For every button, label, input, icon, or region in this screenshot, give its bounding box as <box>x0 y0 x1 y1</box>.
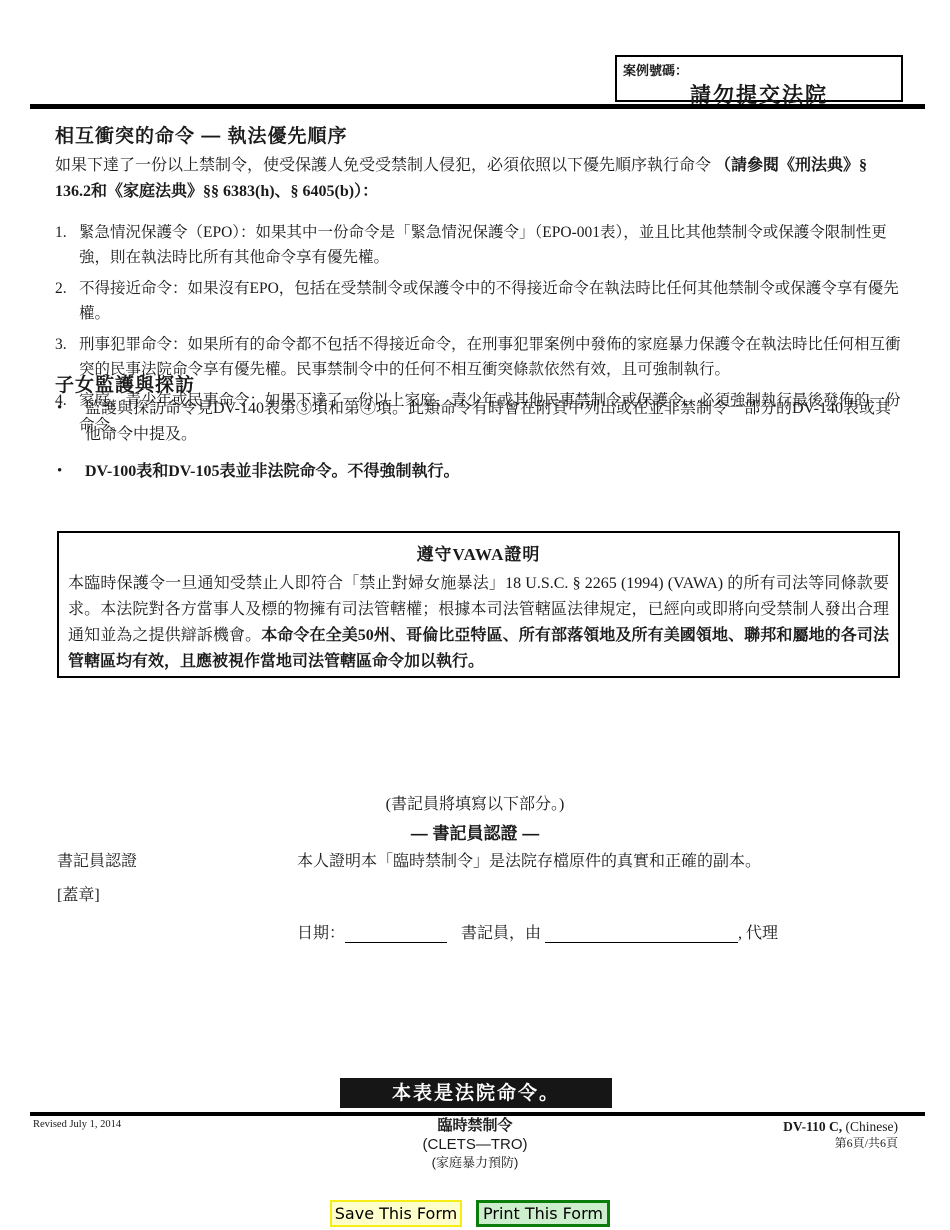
list-item-text: 不得接近命令：如果沒有EPO，包括在受禁制令或保護令中的不得接近命令在執法時比任… <box>79 280 899 322</box>
list-item-number: 3. <box>55 332 67 357</box>
form-number: DV-110 C, <box>783 1119 842 1134</box>
custody-bullet-list: • 監護與探訪命令見DV-140表第③項和第④項。此類命令有時會在附頁中列出或在… <box>55 396 905 496</box>
bullet-text: 監護與探訪命令見DV-140表第③項和第④項。此類命令有時會在附頁中列出或在並非… <box>85 400 891 443</box>
list-item-text: 緊急情況保護令（EPO）：如果其中一份命令是「緊急情況保護令」（EPO-001表… <box>79 224 887 266</box>
footer-form-id-block: DV-110 C, (Chinese) 第6頁/共6頁 <box>783 1118 898 1151</box>
deputy-name-blank-field[interactable] <box>545 927 738 943</box>
form-language: (Chinese) <box>842 1119 898 1134</box>
clerk-date-line: 日期：書記員，由, 代理 <box>297 920 778 943</box>
date-label: 日期： <box>297 925 345 942</box>
bullet-marker: • <box>57 458 62 484</box>
form-number-line: DV-110 C, (Chinese) <box>783 1118 898 1135</box>
court-order-banner: 本表是法院命令。 <box>340 1078 612 1108</box>
bullet-marker: • <box>57 395 62 421</box>
date-blank-field[interactable] <box>345 927 447 943</box>
page-indicator: 第6頁/共6頁 <box>783 1135 898 1151</box>
case-number-box[interactable]: 案例號碼： 請勿提交法院 <box>615 55 903 102</box>
print-form-button[interactable]: Print This Form <box>476 1200 610 1227</box>
deputy-label: , 代理 <box>738 925 778 942</box>
vawa-box-title: 遵守VAWA證明 <box>59 540 898 565</box>
clerk-by-label: 書記員，由 <box>461 925 541 942</box>
list-item-number: 1. <box>55 220 67 245</box>
bullet-item: • 監護與探訪命令見DV-140表第③項和第④項。此類命令有時會在附頁中列出或在… <box>55 396 905 448</box>
list-item-number: 2. <box>55 276 67 301</box>
conflicting-orders-intro: 如果下達了一份以上禁制令，使受保護人免受受禁制人侵犯，必須依照以下優先順序執行命… <box>55 153 905 205</box>
clerk-certification-title: — 書記員認證 — <box>0 819 950 844</box>
intro-normal-text: 如果下達了一份以上禁制令，使受保護人免受受禁制人侵犯，必須依照以下優先順序執行命… <box>55 157 715 174</box>
top-divider-rule <box>30 104 925 109</box>
seal-placeholder: [蓋章] <box>57 882 100 905</box>
footer-form-note: (家庭暴力預防) <box>0 1154 950 1171</box>
clerk-fill-note: (書記員將填寫以下部分。) <box>0 791 950 814</box>
section-heading-conflicting-orders: 相互衝突的命令 — 執法優先順序 <box>55 121 348 148</box>
clerk-certification-statement: 本人證明本「臨時禁制令」是法院存檔原件的真實和正確的副本。 <box>297 848 907 871</box>
clerk-certification-label: 書記員認證 <box>57 848 137 871</box>
vawa-box-body: 本臨時保護令一旦通知受禁止人即符合「禁止對婦女施暴法」18 U.S.C. § 2… <box>68 571 889 675</box>
bullet-item: • DV-100表和DV-105表並非法院命令。不得強制執行。 <box>55 459 905 485</box>
list-item: 2. 不得接近命令：如果沒有EPO，包括在受禁制令或保護令中的不得接近命令在執法… <box>55 276 907 326</box>
form-page: 案例號碼： 請勿提交法院 相互衝突的命令 — 執法優先順序 如果下達了一份以上禁… <box>0 0 950 1230</box>
vawa-compliance-box: 遵守VAWA證明 本臨時保護令一旦通知受禁止人即符合「禁止對婦女施暴法」18 U… <box>57 531 900 678</box>
bullet-text: DV-100表和DV-105表並非法院命令。不得強制執行。 <box>85 463 460 480</box>
section-heading-custody: 子女監護與探訪 <box>55 370 195 397</box>
list-item-text: 刑事犯罪命令：如果所有的命令都不包括不得接近命令，在刑事犯罪案例中發佈的家庭暴力… <box>79 336 901 378</box>
bottom-divider-rule <box>30 1112 925 1116</box>
case-number-label: 案例號碼： <box>623 60 901 79</box>
list-item: 1. 緊急情況保護令（EPO）：如果其中一份命令是「緊急情況保護令」（EPO-0… <box>55 220 907 270</box>
save-form-button[interactable]: Save This Form <box>330 1200 462 1227</box>
